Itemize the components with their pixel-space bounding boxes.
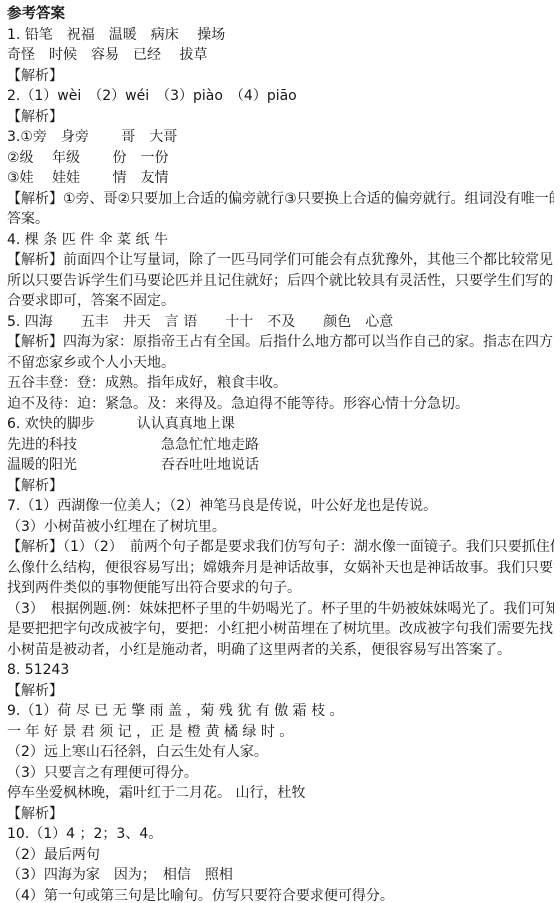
q7-analysis-line-4: （3） 根据例题.例：妹妹把杯子里的牛奶喝光了。杯子里的牛奶被妹妹喝光了。我们可… xyxy=(7,599,554,620)
q7-answer-line-1: 7.（1）西湖像一位美人；（2）神笔马良是传说，叶公好龙也是传说。 xyxy=(7,496,554,517)
q10-answer-line-3: （3）四海为家 因为； 相信 照相 xyxy=(7,865,554,886)
answer-sheet: 参考答案 1. 铅笔 祝福 温暖 病床 操场 奇怪 时候 容易 已经 拔草 【解… xyxy=(0,0,560,903)
q7-analysis-line-5: 是要把把字句改成被字句，要把：小红把小树苗埋在了树坑里。改成被字句我们需要先找出 xyxy=(7,619,554,640)
q3-answer-line-3: ③娃 娃娃 情 友情 xyxy=(7,168,554,189)
q9-analysis-label: 【解析】 xyxy=(7,804,554,825)
q10-answer-line-4: （4）第一句或第三句是比喻句。仿写只要符合要求便可得分。 xyxy=(7,886,554,903)
q6-answer-line-3: 温暖的阳光 吞吞吐吐地说话 xyxy=(7,455,554,476)
q6-answer-line-1: 6. 欢快的脚步 认认真真地上课 xyxy=(7,414,554,435)
q4-analysis-line-1: 【解析】前面四个让写量词，除了一匹马同学们可能会有点犹豫外，其他三个都比较常见， xyxy=(7,250,554,271)
q1-words-line-1: 1. 铅笔 祝福 温暖 病床 操场 xyxy=(7,25,554,46)
q4-analysis-line-3: 合要求即可，答案不固定。 xyxy=(7,291,554,312)
q5-answers: 5. 四海 五丰 井天 言 语 十十 不及 颜色 心意 xyxy=(7,312,554,333)
q7-analysis-line-1: 【解析】（1）（2） 前两个句子都是要求我们仿写句子：湖水像一面镜子。我们只要抓… xyxy=(7,537,554,558)
q9-answer-line-4: （3）只要言之有理便可得分。 xyxy=(7,763,554,784)
q2-analysis-label: 【解析】 xyxy=(7,107,554,128)
q9-answer-line-3: （2）远上寒山石径斜，白云生处有人家。 xyxy=(7,742,554,763)
q7-answer-line-2: （3）小树苗被小红埋在了树坑里。 xyxy=(7,517,554,538)
q8-analysis-label: 【解析】 xyxy=(7,681,554,702)
q3-analysis-line-2: 答案。 xyxy=(7,209,554,230)
q8-answer: 8. 51243 xyxy=(7,660,554,681)
page-title: 参考答案 xyxy=(7,4,554,25)
q2-pinyin-answers: 2.（1）wèi （2）wéi （3）piào （4）piāo xyxy=(7,86,554,107)
q4-answers: 4. 棵 条 匹 件 伞 菜 纸 牛 xyxy=(7,230,554,251)
q5-analysis-line-2: 不留恋家乡或个人小天地。 xyxy=(7,353,554,374)
q6-answer-line-2: 先进的科技 急急忙忙地走路 xyxy=(7,435,554,456)
q10-answer-line-2: （2）最后两句 xyxy=(7,845,554,866)
q5-analysis-line-1: 【解析】四海为家：原指帝王占有全国。后指什么地方都可以当作自己的家。指志在四方， xyxy=(7,332,554,353)
q4-analysis-line-2: 所以只要告诉学生们马要论匹并且记住就好；后四个就比较具有灵活性，只要学生们写的符 xyxy=(7,271,554,292)
q3-analysis-line-1: 【解析】①旁、哥②只要加上合适的偏旁就行③只要换上合适的偏旁就行。组词没有唯一的 xyxy=(7,189,554,210)
q3-answer-line-2: ②级 年级 份 一份 xyxy=(7,148,554,169)
q5-analysis-line-4: 迫不及待：迫：紧急。及：来得及。急迫得不能等待。形容心情十分急切。 xyxy=(7,394,554,415)
q1-words-line-2: 奇怪 时候 容易 已经 拔草 xyxy=(7,45,554,66)
q6-analysis-label: 【解析】 xyxy=(7,476,554,497)
q3-answer-line-1: 3.①旁 身旁 哥 大哥 xyxy=(7,127,554,148)
q1-analysis-label: 【解析】 xyxy=(7,66,554,87)
q9-answer-line-5: 停车坐爱枫林晚，霜叶红于二月花。 山行，杜牧 xyxy=(7,783,554,804)
q9-answer-line-1: 9.（1）荷 尽 已 无 擎 雨 盖 ，菊 残 犹 有 傲 霜 枝 。 xyxy=(7,701,554,722)
q7-analysis-line-6: 小树苗是被动者，小红是施动者，明确了这里两者的关系，便很容易写出答案了。 xyxy=(7,640,554,661)
q7-analysis-line-2: 么像什么结构，便很容易写出；嫦娥奔月是神话故事，女娲补天也是神话故事。我们只要能 xyxy=(7,558,554,579)
q5-analysis-line-3: 五谷丰登：登：成熟。指年成好，粮食丰收。 xyxy=(7,373,554,394)
q9-answer-line-2: 一 年 好 景 君 须 记 ，正 是 橙 黄 橘 绿 时 。 xyxy=(7,722,554,743)
q7-analysis-line-3: 找到两件类似的事物便能写出符合要求的句子。 xyxy=(7,578,554,599)
q10-answer-line-1: 10.（1）4 ；2；3、4。 xyxy=(7,824,554,845)
